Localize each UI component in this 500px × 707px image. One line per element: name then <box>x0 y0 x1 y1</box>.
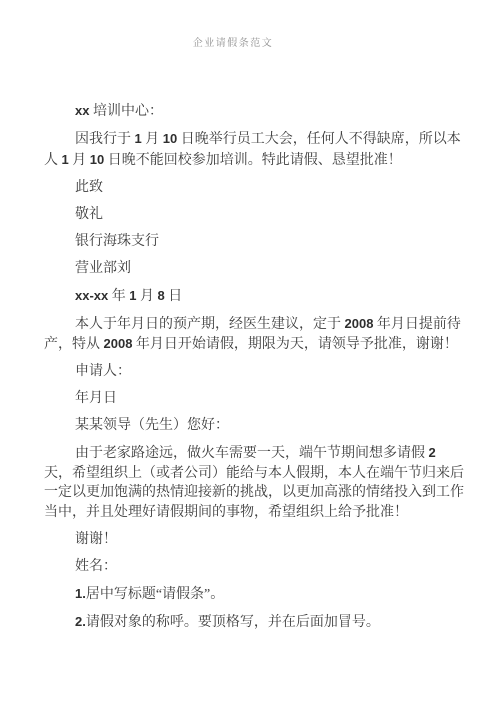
paragraph-6: 营业部刘 <box>44 259 465 279</box>
paragraph-3: 此致 <box>44 178 465 198</box>
paragraph-15: 1.居中写标题“请假条”。 <box>44 584 465 605</box>
paragraph-9: 申请人： <box>44 362 465 382</box>
paragraph-12: 由于老家路途远，做火车需要一天，端午节期间想多请假 2 天，希望组织上（或者公司… <box>44 443 465 522</box>
document-title: 企业请假条范文 <box>193 34 274 49</box>
latin-text: 2. <box>75 614 86 629</box>
document-header: 企业请假条范文 <box>0 0 500 51</box>
latin-text: 10 <box>163 131 177 146</box>
latin-text: 8 <box>157 288 164 303</box>
paragraph-1: xx 培训中心： <box>44 101 465 122</box>
latin-text: xx <box>75 103 89 118</box>
document-body: xx 培训中心：因我行于 1 月 10 日晚举行员工大会，任何人不得缺席，所以本… <box>44 101 465 632</box>
latin-text: 2008 <box>104 336 133 351</box>
paragraph-2: 因我行于 1 月 10 日晚举行员工大会，任何人不得缺席，所以本人 1 月 10… <box>44 129 465 170</box>
latin-text: xx-xx <box>75 288 108 303</box>
latin-text: 2008 <box>345 316 374 331</box>
paragraph-13: 谢谢！ <box>44 530 465 550</box>
paragraph-16: 2.请假对象的称呼。要顶格写，并在后面加冒号。 <box>44 612 465 633</box>
latin-text: 1 <box>129 288 136 303</box>
latin-text: 1 <box>135 131 142 146</box>
paragraph-4: 敬礼 <box>44 205 465 225</box>
paragraph-8: 本人于年月日的预产期，经医生建议，定于 2008 年月日提前待产，特从 2008… <box>44 314 465 355</box>
latin-text: 1 <box>62 152 69 167</box>
paragraph-7: xx-xx 年 1 月 8 日 <box>44 286 465 307</box>
paragraph-5: 银行海珠支行 <box>44 232 465 252</box>
paragraph-14: 姓名： <box>44 557 465 577</box>
paragraph-10: 年月日 <box>44 389 465 409</box>
paragraph-11: 某某领导（先生）您好： <box>44 416 465 436</box>
latin-text: 10 <box>90 152 104 167</box>
latin-text: 2 <box>429 445 436 460</box>
document-page: 企业请假条范文 xx 培训中心：因我行于 1 月 10 日晚举行员工大会，任何人… <box>0 0 500 707</box>
latin-text: 1. <box>75 586 86 601</box>
